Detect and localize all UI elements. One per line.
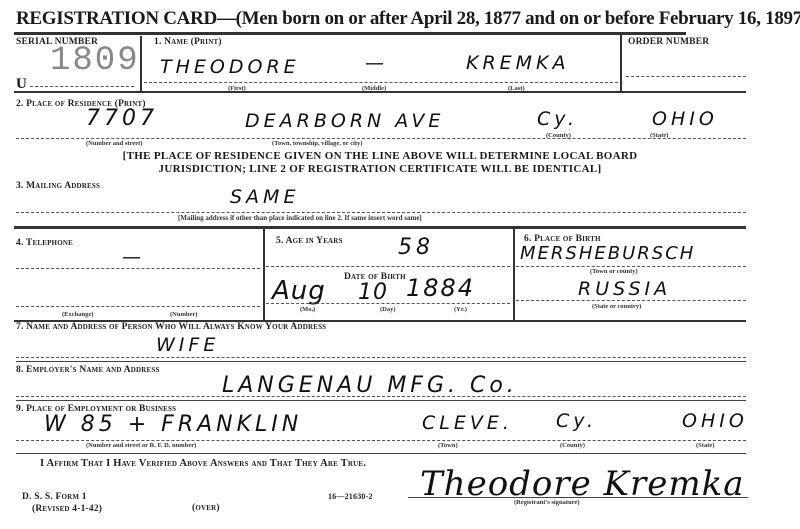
telephone-label: 4. Telephone [16, 238, 73, 248]
residence-number: 7707 [86, 106, 158, 131]
caption-phone-number: (Number) [170, 311, 197, 318]
serial-number-value: 1809 [50, 42, 140, 80]
mailing-caption: [Mailing address if other than place ind… [178, 214, 422, 222]
dob-month: Aug [272, 276, 326, 306]
caption-town: (Town, township, village, or city) [272, 140, 362, 147]
age-label: 5. Age in Years [276, 236, 343, 246]
caption-exchange: (Exchange) [62, 311, 93, 318]
employer-value: LANGENAU MFG. Co. [222, 373, 518, 398]
contact-label: 7. Name and Address of Person Who Will A… [16, 322, 326, 332]
telephone-value: — [122, 246, 145, 268]
caption-year: (Yr.) [454, 306, 467, 313]
caption-state: (State) [650, 132, 668, 139]
contact-value: WIFE [156, 334, 219, 356]
residence-notice-1: [THE PLACE OF RESIDENCE GIVEN ON THE LIN… [60, 150, 700, 162]
birthplace-town: MERSHEBURSCH [520, 243, 695, 264]
name-middle: — [365, 52, 388, 74]
caption-day: (Day) [380, 306, 396, 313]
caption-birth-town: (Town or county) [590, 268, 638, 275]
residence-county: Cy. [537, 108, 578, 130]
employment-town: CLEVE. [422, 412, 513, 434]
caption-birth-country: (State or country) [592, 303, 641, 310]
caption-county: (County) [546, 132, 571, 139]
form-revised: (Revised 4-1-42) [32, 504, 102, 514]
employment-street: W 85 + FRANKLIN [44, 412, 302, 437]
mailing-value: SAME [230, 186, 299, 208]
caption-employment-town: (Town) [438, 442, 458, 449]
dob-year: 1884 [406, 274, 475, 302]
name-last: KREMKA [466, 52, 570, 74]
name-label: 1. Name (Print) [154, 37, 222, 47]
caption-number-street: (Number and street) [86, 140, 142, 147]
employment-state: OHIO [682, 410, 748, 432]
caption-employment-state: (State) [696, 442, 714, 449]
residence-street: DEARBORN AVE [245, 110, 444, 132]
form-number: D. S. S. Form 1 [22, 492, 87, 502]
name-first: THEODORE [160, 56, 300, 78]
card-title: REGISTRATION CARD—(Men born on or after … [16, 8, 800, 30]
affirmation-text: I Affirm That I Have Verified Above Answ… [40, 458, 366, 469]
dob-day: 10 [358, 280, 388, 305]
order-number-label: ORDER NUMBER [628, 37, 709, 47]
residence-state: OHIO [652, 108, 718, 130]
mailing-label: 3. Mailing Address [16, 181, 100, 191]
caption-employment-street: (Number and street or R. F. D. number) [86, 442, 196, 449]
print-code: 16—21630-2 [328, 492, 373, 501]
caption-employment-county: (County) [560, 442, 585, 449]
age-value: 58 [398, 235, 434, 260]
signature-caption: (Registrant's signature) [514, 499, 579, 506]
residence-notice-2: JURISDICTION; LINE 2 OF REGISTRATION CER… [60, 163, 700, 175]
employment-county: Cy. [556, 410, 597, 432]
birthplace-country: RUSSIA [578, 278, 671, 300]
registrant-signature: Theodore Kremka [420, 464, 744, 504]
caption-month: (Mo.) [300, 306, 315, 313]
employer-label: 8. Employer's Name and Address [16, 365, 160, 375]
over-note: (over) [192, 503, 220, 513]
